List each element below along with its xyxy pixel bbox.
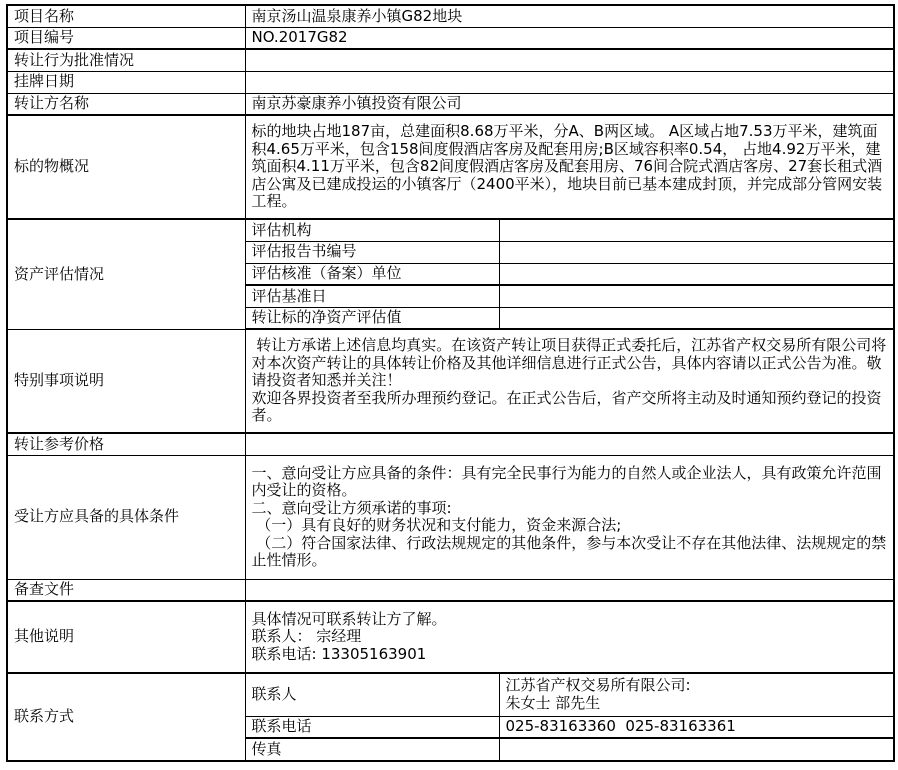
row-other-notes: 其他说明 具体情况可联系转让方了解。 联系人： 宗经理 联系电话: 133051… <box>7 601 894 673</box>
reference-documents-value <box>245 579 894 601</box>
eval-net-asset-label: 转让标的净资产评估值 <box>245 307 499 329</box>
row-contact-1: 联系方式 联系人 江苏省产权交易所有限公司: 朱女士 部先生 <box>7 673 894 716</box>
row-transferee-conditions: 受让方应具备的具体条件 一、意向受让方应具备的条件：具有完全民事行为能力的自然人… <box>7 455 894 579</box>
contact-person-label: 联系人 <box>245 673 499 716</box>
other-notes-value: 具体情况可联系转让方了解。 联系人： 宗经理 联系电话: 13305163901 <box>245 601 894 673</box>
eval-report-no-value <box>499 241 894 263</box>
reference-price-label: 转让参考价格 <box>7 433 245 455</box>
contact-label: 联系方式 <box>7 673 245 761</box>
project-name-value: 南京汤山温泉康养小镇G82地块 <box>245 5 894 27</box>
contact-person-value: 江苏省产权交易所有限公司: 朱女士 部先生 <box>499 673 894 716</box>
transferor-label: 转让方名称 <box>7 93 245 115</box>
contact-fax-value <box>499 738 894 761</box>
row-reference-documents: 备查文件 <box>7 579 894 601</box>
project-no-value: NO.2017G82 <box>245 27 894 49</box>
eval-base-date-label: 评估基准日 <box>245 285 499 307</box>
approval-value <box>245 49 894 71</box>
eval-agency-value <box>499 219 894 241</box>
project-no-label: 项目编号 <box>7 27 245 49</box>
transferor-value: 南京苏豪康养小镇投资有限公司 <box>245 93 894 115</box>
transferee-conditions-label: 受让方应具备的具体条件 <box>7 455 245 579</box>
eval-approval-unit-value <box>499 263 894 285</box>
document-page: 项目名称 南京汤山温泉康养小镇G82地块 项目编号 NO.2017G82 转让行… <box>0 0 898 770</box>
listing-date-value <box>245 71 894 93</box>
other-notes-label: 其他说明 <box>7 601 245 673</box>
asset-transfer-info-table: 项目名称 南京汤山温泉康养小镇G82地块 项目编号 NO.2017G82 转让行… <box>6 4 895 762</box>
reference-documents-label: 备查文件 <box>7 579 245 601</box>
special-notes-value: 转让方承诺上述信息均真实。在该资产转让项目获得正式委托后，江苏省产权交易所有限公… <box>245 329 894 433</box>
special-notes-label: 特别事项说明 <box>7 329 245 433</box>
row-transferor: 转让方名称 南京苏豪康养小镇投资有限公司 <box>7 93 894 115</box>
reference-price-value <box>245 433 894 455</box>
subject-overview-label: 标的物概况 <box>7 115 245 219</box>
eval-approval-unit-label: 评估核准（备案）单位 <box>245 263 499 285</box>
eval-agency-label: 评估机构 <box>245 219 499 241</box>
approval-label: 转让行为批准情况 <box>7 49 245 71</box>
eval-base-date-value <box>499 285 894 307</box>
row-reference-price: 转让参考价格 <box>7 433 894 455</box>
asset-evaluation-label: 资产评估情况 <box>7 219 245 329</box>
eval-net-asset-value <box>499 307 894 329</box>
listing-date-label: 挂牌日期 <box>7 71 245 93</box>
row-project-name: 项目名称 南京汤山温泉康养小镇G82地块 <box>7 5 894 27</box>
row-special-notes: 特别事项说明 转让方承诺上述信息均真实。在该资产转让项目获得正式委托后，江苏省产… <box>7 329 894 433</box>
subject-overview-value: 标的地块占地187亩，总建面积8.68万平米，分A、B两区域。 A区域占地7.5… <box>245 115 894 219</box>
row-approval: 转让行为批准情况 <box>7 49 894 71</box>
contact-fax-label: 传真 <box>245 738 499 761</box>
contact-phone-label: 联系电话 <box>245 716 499 738</box>
row-listing-date: 挂牌日期 <box>7 71 894 93</box>
contact-phone-value: 025-83163360 025-83163361 <box>499 716 894 738</box>
transferee-conditions-value: 一、意向受让方应具备的条件：具有完全民事行为能力的自然人或企业法人，具有政策允许… <box>245 455 894 579</box>
eval-report-no-label: 评估报告书编号 <box>245 241 499 263</box>
row-asset-evaluation-1: 资产评估情况 评估机构 <box>7 219 894 241</box>
row-subject-overview: 标的物概况 标的地块占地187亩，总建面积8.68万平米，分A、B两区域。 A区… <box>7 115 894 219</box>
project-name-label: 项目名称 <box>7 5 245 27</box>
row-project-no: 项目编号 NO.2017G82 <box>7 27 894 49</box>
